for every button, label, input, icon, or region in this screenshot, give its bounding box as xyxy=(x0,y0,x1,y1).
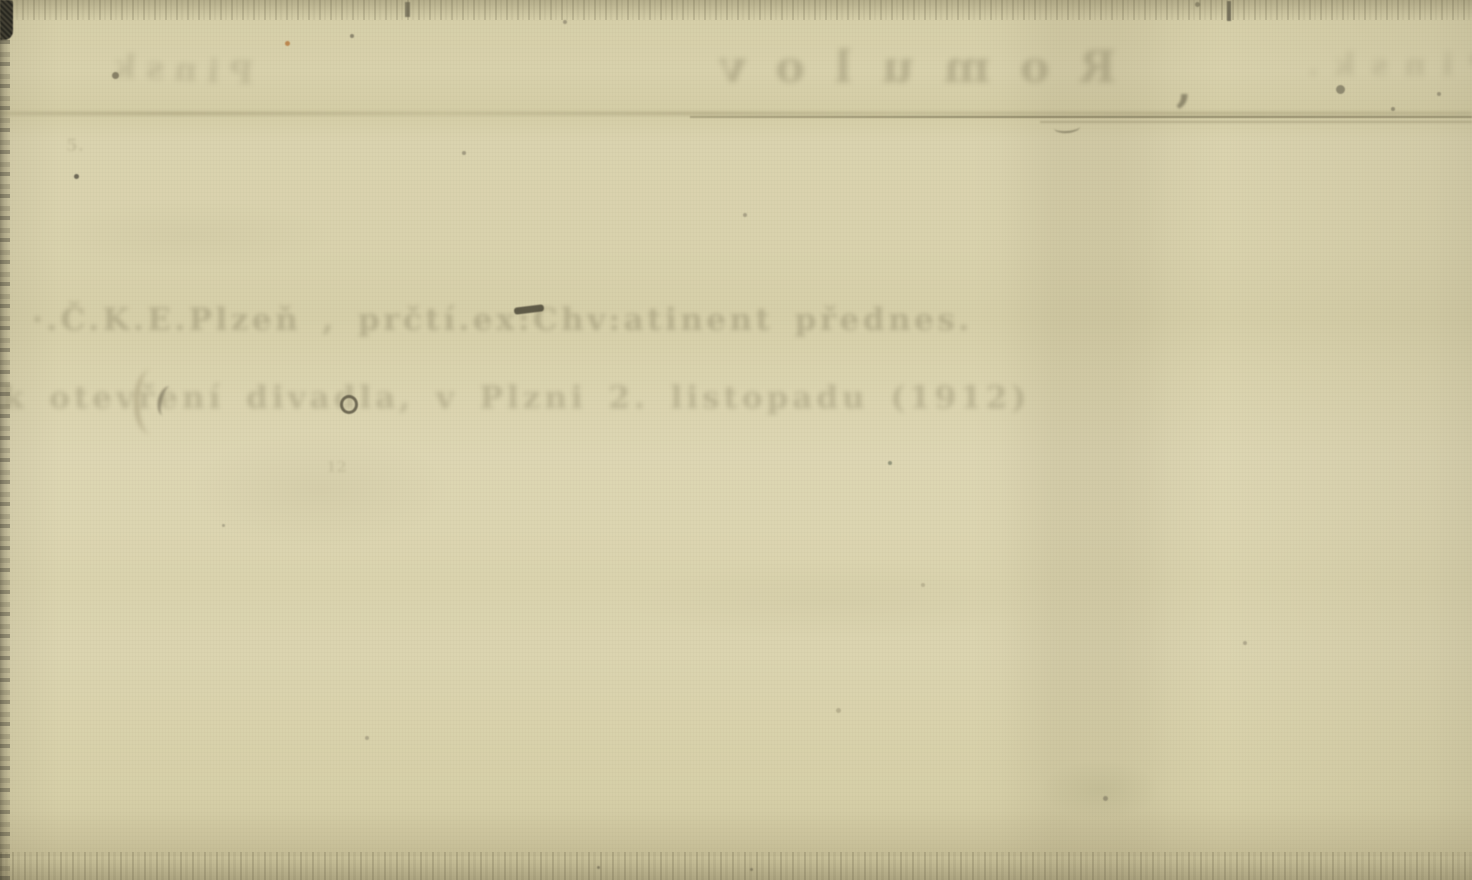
ghost-parenthesis-mark xyxy=(134,370,167,434)
horizontal-rule-smudge xyxy=(0,112,1472,115)
ink-speck xyxy=(921,583,925,587)
stain-smudge xyxy=(620,560,1040,640)
horizontal-rule-line xyxy=(690,116,1472,118)
ink-squiggle-mark xyxy=(1054,121,1081,134)
ghost-comma-mark: , xyxy=(1176,58,1192,112)
ink-speck xyxy=(1336,85,1345,94)
scan-bottom-shadow-band xyxy=(0,810,1472,856)
ink-speck xyxy=(1103,796,1108,801)
ink-speck xyxy=(563,20,567,24)
ghost-text-top-right: Pinsk. xyxy=(1292,48,1472,83)
horizontal-rule-subline xyxy=(1040,121,1472,123)
scan-top-edge-artifact xyxy=(0,0,1472,20)
ink-speck xyxy=(462,151,466,155)
ink-speck xyxy=(888,461,892,465)
stain-smudge xyxy=(190,430,450,550)
ink-ring-mark xyxy=(340,395,358,414)
ink-speck xyxy=(365,736,369,740)
ink-speck xyxy=(836,708,841,713)
ink-speck xyxy=(1243,641,1247,645)
tonal-column-smudge xyxy=(1000,0,1170,880)
stain-smudge xyxy=(40,200,340,270)
ink-speck xyxy=(222,524,225,527)
scan-bottom-edge-artifact xyxy=(0,852,1472,880)
ghost-text-top-center: Romulov xyxy=(690,42,1116,93)
ink-specks-layer xyxy=(0,0,1472,880)
ghost-pencil-number: 5. xyxy=(66,136,84,156)
ink-speck xyxy=(1391,107,1395,111)
ink-speck xyxy=(74,174,79,179)
ink-speck xyxy=(1437,92,1441,96)
corner-tear-dark-patch xyxy=(0,0,13,40)
ghost-text-line1: ·.Č.K.E.Plzeň , prčtí.ex:Chv:atinent pře… xyxy=(32,302,973,338)
ghost-text-top-left: Pinsk xyxy=(103,46,254,92)
scan-left-edge-artifact xyxy=(0,0,10,880)
ghost-pencil-number: 12 xyxy=(326,458,347,476)
scanned-paper-page: Pinsk Romulov , Pinsk. ·.Č.K.E.Plzeň , p… xyxy=(0,0,1472,880)
ink-speck xyxy=(350,34,354,38)
ink-speck xyxy=(743,213,747,217)
ink-speck xyxy=(285,41,290,46)
